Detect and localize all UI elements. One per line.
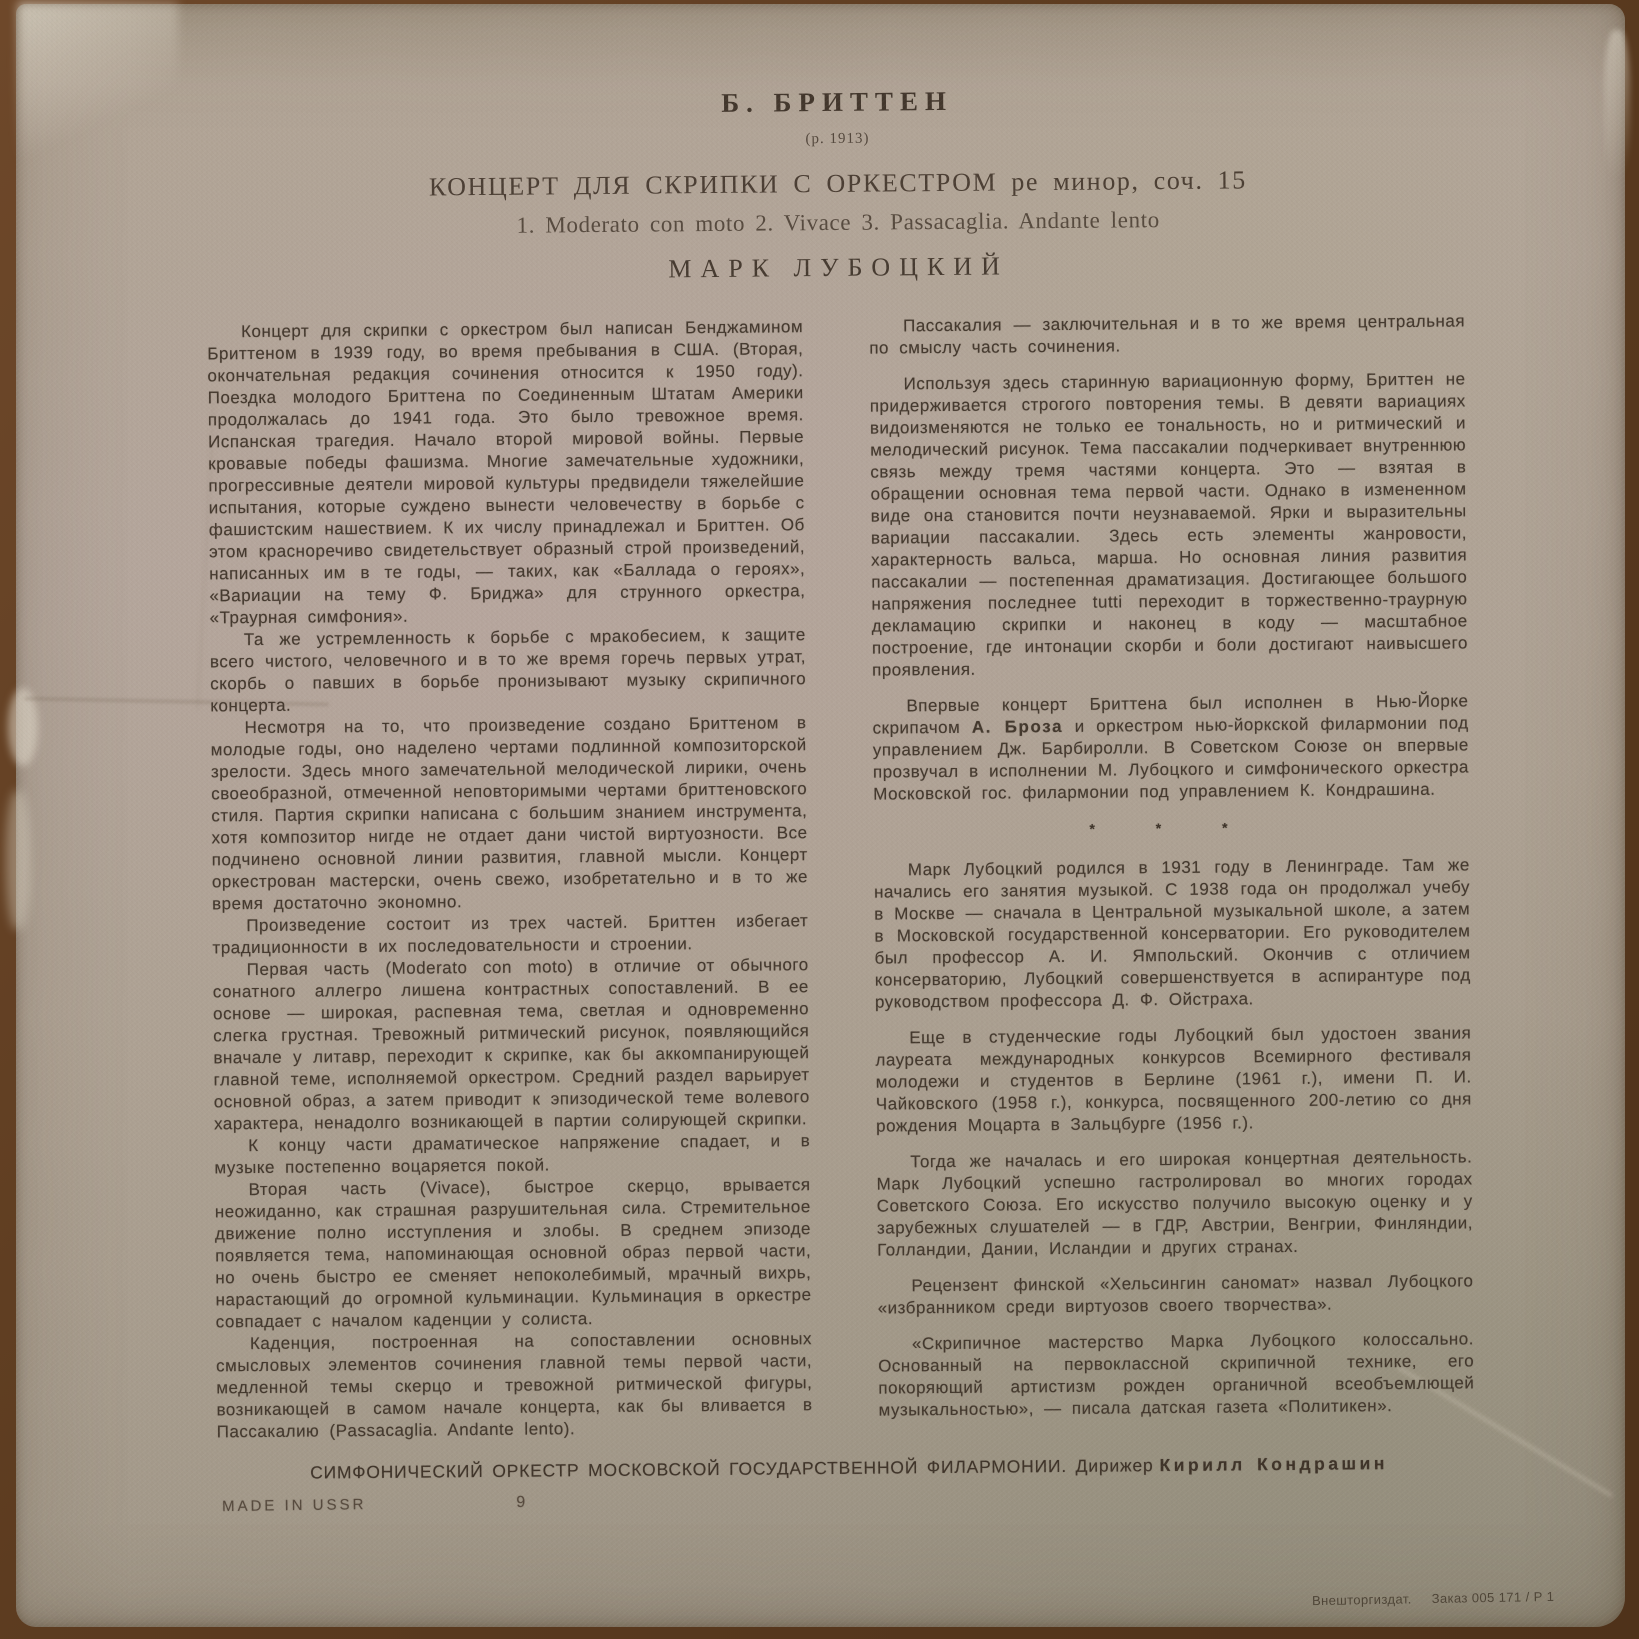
publisher-name: Внешторгиздат. — [1312, 1591, 1412, 1608]
sleeve-header: Б. БРИТТЕН (р. 1913) КОНЦЕРТ ДЛЯ СКРИПКИ… — [205, 81, 1471, 288]
two-column-text: Концерт для скрипки с оркестром был напи… — [207, 310, 1481, 1443]
paragraph: Марк Лубоцкий родился в 1931 году в Лени… — [874, 854, 1471, 1013]
paragraph: Произведение состоит из трех частей. Бри… — [212, 910, 808, 959]
left-column: Концерт для скрипки с оркестром был напи… — [207, 316, 813, 1443]
movement-list: 1. Moderato con moto 2. Vivace 3. Passac… — [206, 204, 1470, 241]
paragraph: Каденция, построенная на сопоставлении о… — [216, 1328, 813, 1443]
paragraph: Концерт для скрипки с оркестром был напи… — [207, 316, 806, 629]
made-in-label: MADE IN USSR — [222, 1496, 367, 1515]
soloist-name: МАРК ЛУБОЦКИЙ — [206, 247, 1470, 288]
paragraph: Та же устремленность к борьбе с мракобес… — [210, 624, 807, 717]
scanned-record-sleeve-photo: { "sleeve": { "header": { "composer": "Б… — [0, 0, 1639, 1639]
plate-number: 9 — [516, 1494, 525, 1511]
paragraph: Несмотря на то, что произведение создано… — [210, 712, 808, 915]
paragraph: Пассакалия — заключительная и в то же вр… — [869, 310, 1465, 359]
print-order-number: Заказ 005 171 / Р 1 — [1432, 1589, 1555, 1606]
paragraph-premiere: Впервые концерт Бриттена был исполнен в … — [872, 690, 1469, 805]
paragraph: Используя здесь старинную вариационную ф… — [869, 368, 1468, 681]
liner-notes: Б. БРИТТЕН (р. 1913) КОНЦЕРТ ДЛЯ СКРИПКИ… — [205, 81, 1481, 1484]
work-title: КОНЦЕРТ ДЛЯ СКРИПКИ С ОРКЕСТРОМ ре минор… — [206, 163, 1470, 204]
right-column: Пассакалия — заключительная и в то же вр… — [869, 310, 1475, 1437]
paragraph: К концу части драматическое напряжение с… — [214, 1130, 810, 1179]
conductor-name: Кирилл Кондрашин — [1159, 1453, 1388, 1475]
paragraph: Тогда же началась и его широкая концертн… — [876, 1146, 1473, 1261]
paragraph: Рецензент финской «Хельсингин саномат» н… — [877, 1270, 1473, 1319]
paragraph: Первая часть (Moderato con moto) в отлич… — [213, 954, 811, 1135]
paragraph: «Скрипичное мастерство Марка Лубоцкого к… — [878, 1328, 1475, 1421]
composer-birth-year: (р. 1913) — [205, 125, 1469, 153]
violinist-broza-name: А. Броза — [972, 717, 1063, 737]
paragraph: Вторая часть (Vivace), быстрое скерцо, в… — [215, 1174, 812, 1333]
paragraph: Еще в студенческие годы Лубоцкий был удо… — [875, 1022, 1472, 1137]
asterisk-separator: * * * — [873, 814, 1469, 841]
